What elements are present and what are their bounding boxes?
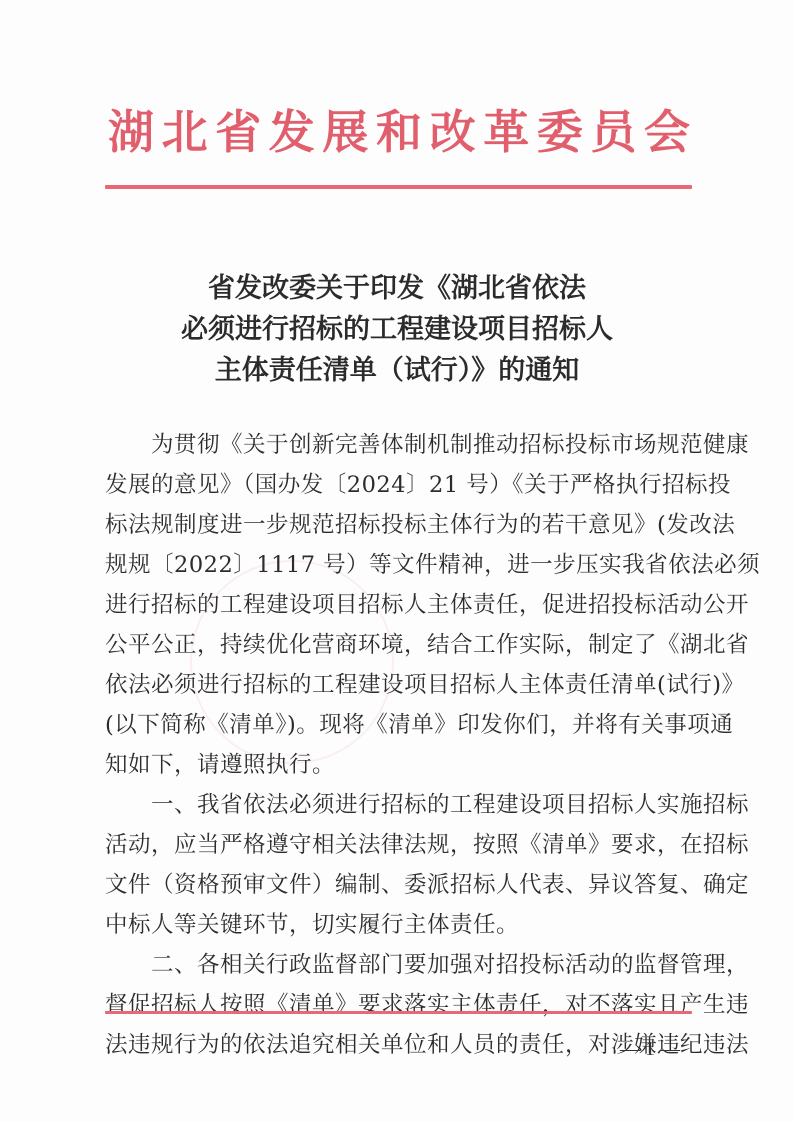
agency-title: 湖北省发展和改革委员会 xyxy=(108,100,692,164)
body-line: 文件（资格预审文件）编制、委派招标人代表、异议答复、确定 xyxy=(105,865,693,905)
body-line: 发展的意见》（国办发〔2024〕21 号）《关于严格执行招标投 xyxy=(105,465,693,505)
title-line: 主体责任清单（试行）》的通知 xyxy=(100,350,694,391)
body-line: 一、我省依法必须进行招标的工程建设项目招标人实施招标 xyxy=(105,785,693,825)
body-line: 活动，应当严格遵守相关法律法规，按照《清单》要求，在招标 xyxy=(105,825,693,865)
title-line: 省发改委关于印发《湖北省依法 xyxy=(100,268,694,309)
body-line: 依法必须进行招标的工程建设项目招标人主体责任清单(试行)》 xyxy=(105,665,693,705)
body-line: 二、各相关行政监督部门要加强对招投标活动的监督管理， xyxy=(105,945,693,985)
body-line: 进行招标的工程建设项目招标人主体责任，促进招投标活动公开 xyxy=(105,585,693,625)
page-number: — 1 — xyxy=(620,1038,680,1061)
document-body: 为贯彻《关于创新完善体制机制推动招标投标市场规范健康 发展的意见》（国办发〔20… xyxy=(105,425,693,1065)
body-line: 规规〔2022〕1117 号）等文件精神，进一步压实我省依法必须 xyxy=(105,545,693,585)
document-title: 省发改委关于印发《湖北省依法 必须进行招标的工程建设项目招标人 主体责任清单（试… xyxy=(100,268,694,391)
body-line: 标法规制度进一步规范招标投标主体行为的若干意见》(发改法 xyxy=(105,505,693,545)
body-line: 为贯彻《关于创新完善体制机制推动招标投标市场规范健康 xyxy=(105,425,693,465)
red-header-rule xyxy=(105,185,692,189)
body-line: (以下简称《清单》)。现将《清单》印发你们，并将有关事项通 xyxy=(105,705,693,745)
red-footer-rule xyxy=(105,1011,692,1014)
body-line: 公平公正，持续优化营商环境，结合工作实际，制定了《湖北省 xyxy=(105,625,693,665)
title-line: 必须进行招标的工程建设项目招标人 xyxy=(100,309,694,350)
body-line: 知如下，请遵照执行。 xyxy=(105,745,693,785)
body-line: 中标人等关键环节，切实履行主体责任。 xyxy=(105,905,693,945)
body-line: 督促招标人按照《清单》要求落实主体责任，对不落实且产生违 xyxy=(105,985,693,1025)
document-page: 湖北省发展和改革委员会 省发改委关于印发《湖北省依法 必须进行招标的工程建设项目… xyxy=(0,0,794,1122)
body-line: 法违规行为的依法追究相关单位和人员的责任，对涉嫌违纪违法 xyxy=(105,1025,693,1065)
